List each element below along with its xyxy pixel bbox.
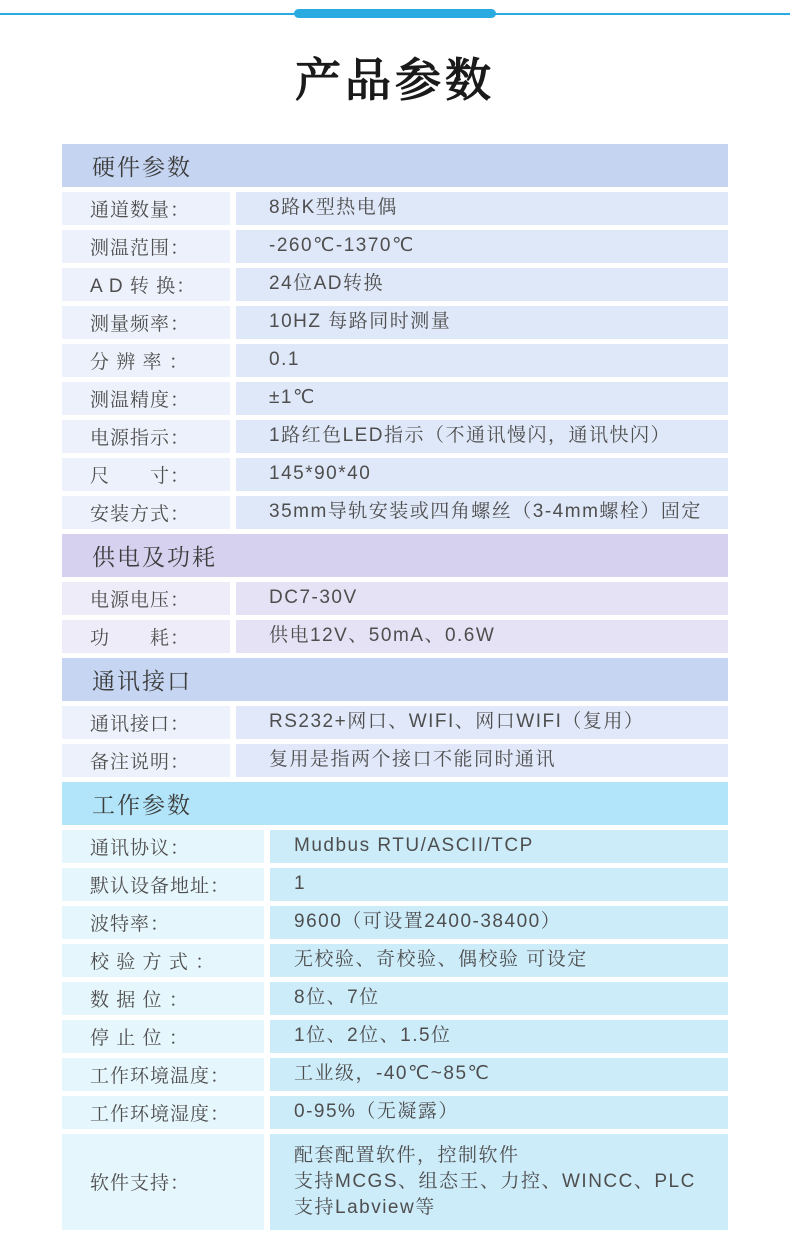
table-row: 电源指示： 1路红色LED指示（不通讯慢闪，通讯快闪）: [62, 420, 728, 453]
page-title: 产品参数: [0, 51, 790, 111]
table-row: 备注说明： 复用是指两个接口不能同时通讯: [62, 744, 728, 777]
row-value: 0-95%（无凝露）: [270, 1096, 728, 1129]
table-row: A D 转 换： 24位AD转换: [62, 268, 728, 301]
section-title: 通讯接口: [92, 663, 192, 696]
row-value: 0.1: [236, 344, 728, 377]
table-row: 工作环境温度： 工业级，-40℃~85℃: [62, 1058, 728, 1091]
spec-section: 工作参数 通讯协议： Mudbus RTU/ASCII/TCP 默认设备地址： …: [62, 782, 728, 1230]
row-value: 9600（可设置2400-38400）: [270, 906, 728, 939]
spec-section: 通讯接口 通讯接口： RS232+网口、WIFI、网口WIFI（复用） 备注说明…: [62, 658, 728, 777]
table-row: 分 辨 率 ： 0.1: [62, 344, 728, 377]
row-label: 测温精度：: [62, 382, 230, 415]
section-rows: 通道数量： 8路K型热电偶 测温范围： -260℃-1370℃ A D 转 换：…: [62, 192, 728, 529]
table-row: 功 耗： 供电12V、50mA、0.6W: [62, 620, 728, 653]
row-label: 尺 寸：: [62, 458, 230, 491]
row-value: Mudbus RTU/ASCII/TCP: [270, 830, 728, 863]
section-title: 工作参数: [92, 787, 192, 820]
row-value: 1路红色LED指示（不通讯慢闪，通讯快闪）: [236, 420, 728, 453]
row-value: 8位、7位: [270, 982, 728, 1015]
row-value: 35mm导轨安装或四角螺丝（3-4mm螺栓）固定: [236, 496, 728, 529]
row-label: 功 耗：: [62, 620, 230, 653]
table-row: 校 验 方 式 ： 无校验、奇校验、偶校验 可设定: [62, 944, 728, 977]
spec-section: 供电及功耗 电源电压： DC7-30V 功 耗： 供电12V、50mA、0.6W: [62, 534, 728, 653]
section-header: 通讯接口: [62, 658, 728, 701]
row-label: 软件支持：: [62, 1134, 264, 1230]
table-row: 测温精度： ±1℃: [62, 382, 728, 415]
row-label: 通讯协议：: [62, 830, 264, 863]
section-header: 供电及功耗: [62, 534, 728, 577]
product-spec-page: 产品参数 硬件参数 通道数量： 8路K型热电偶 测温范围： -260℃-1370…: [0, 0, 790, 1257]
table-row: 尺 寸： 145*90*40: [62, 458, 728, 491]
row-label: 通道数量：: [62, 192, 230, 225]
row-value: 145*90*40: [236, 458, 728, 491]
table-row: 软件支持： 配套配置软件，控制软件 支持MCGS、组态王、力控、WINCC、PL…: [62, 1134, 728, 1230]
row-value: 工业级，-40℃~85℃: [270, 1058, 728, 1091]
row-value: 8路K型热电偶: [236, 192, 728, 225]
row-label: 电源电压：: [62, 582, 230, 615]
row-value: 24位AD转换: [236, 268, 728, 301]
spec-sections-container: 硬件参数 通道数量： 8路K型热电偶 测温范围： -260℃-1370℃ A D…: [62, 144, 728, 1230]
row-value: -260℃-1370℃: [236, 230, 728, 263]
table-row: 数 据 位 ： 8位、7位: [62, 982, 728, 1015]
table-row: 电源电压： DC7-30V: [62, 582, 728, 615]
row-label: 备注说明：: [62, 744, 230, 777]
row-value: 1位、2位、1.5位: [270, 1020, 728, 1053]
row-label: 分 辨 率 ：: [62, 344, 230, 377]
row-label: 工作环境温度：: [62, 1058, 264, 1091]
row-value: RS232+网口、WIFI、网口WIFI（复用）: [236, 706, 728, 739]
row-value: 配套配置软件，控制软件 支持MCGS、组态王、力控、WINCC、PLC 支持La…: [270, 1134, 728, 1230]
row-label: 通讯接口：: [62, 706, 230, 739]
table-row: 安装方式： 35mm导轨安装或四角螺丝（3-4mm螺栓）固定: [62, 496, 728, 529]
row-label: A D 转 换：: [62, 268, 230, 301]
section-header: 硬件参数: [62, 144, 728, 187]
row-label: 默认设备地址：: [62, 868, 264, 901]
table-row: 默认设备地址： 1: [62, 868, 728, 901]
row-value: ±1℃: [236, 382, 728, 415]
row-label: 电源指示：: [62, 420, 230, 453]
row-label: 测量频率：: [62, 306, 230, 339]
row-value: 无校验、奇校验、偶校验 可设定: [270, 944, 728, 977]
row-value: 1: [270, 868, 728, 901]
row-value: 供电12V、50mA、0.6W: [236, 620, 728, 653]
row-value: DC7-30V: [236, 582, 728, 615]
row-label: 数 据 位 ：: [62, 982, 264, 1015]
row-value: 10HZ 每路同时测量: [236, 306, 728, 339]
row-label: 工作环境湿度：: [62, 1096, 264, 1129]
table-row: 通讯接口： RS232+网口、WIFI、网口WIFI（复用）: [62, 706, 728, 739]
table-row: 通讯协议： Mudbus RTU/ASCII/TCP: [62, 830, 728, 863]
top-divider: [0, 9, 790, 19]
table-row: 停 止 位 ： 1位、2位、1.5位: [62, 1020, 728, 1053]
section-rows: 通讯接口： RS232+网口、WIFI、网口WIFI（复用） 备注说明： 复用是…: [62, 706, 728, 777]
section-title: 供电及功耗: [92, 539, 217, 572]
row-label: 停 止 位 ：: [62, 1020, 264, 1053]
row-label: 校 验 方 式 ：: [62, 944, 264, 977]
section-title: 硬件参数: [92, 149, 192, 182]
table-row: 波特率： 9600（可设置2400-38400）: [62, 906, 728, 939]
row-label: 波特率：: [62, 906, 264, 939]
row-value: 复用是指两个接口不能同时通讯: [236, 744, 728, 777]
section-rows: 电源电压： DC7-30V 功 耗： 供电12V、50mA、0.6W: [62, 582, 728, 653]
row-label: 测温范围：: [62, 230, 230, 263]
divider-accent-bar: [294, 9, 496, 18]
table-row: 通道数量： 8路K型热电偶: [62, 192, 728, 225]
spec-section: 硬件参数 通道数量： 8路K型热电偶 测温范围： -260℃-1370℃ A D…: [62, 144, 728, 529]
row-label: 安装方式：: [62, 496, 230, 529]
section-rows: 通讯协议： Mudbus RTU/ASCII/TCP 默认设备地址： 1 波特率…: [62, 830, 728, 1230]
table-row: 测温范围： -260℃-1370℃: [62, 230, 728, 263]
table-row: 工作环境湿度： 0-95%（无凝露）: [62, 1096, 728, 1129]
table-row: 测量频率： 10HZ 每路同时测量: [62, 306, 728, 339]
section-header: 工作参数: [62, 782, 728, 825]
